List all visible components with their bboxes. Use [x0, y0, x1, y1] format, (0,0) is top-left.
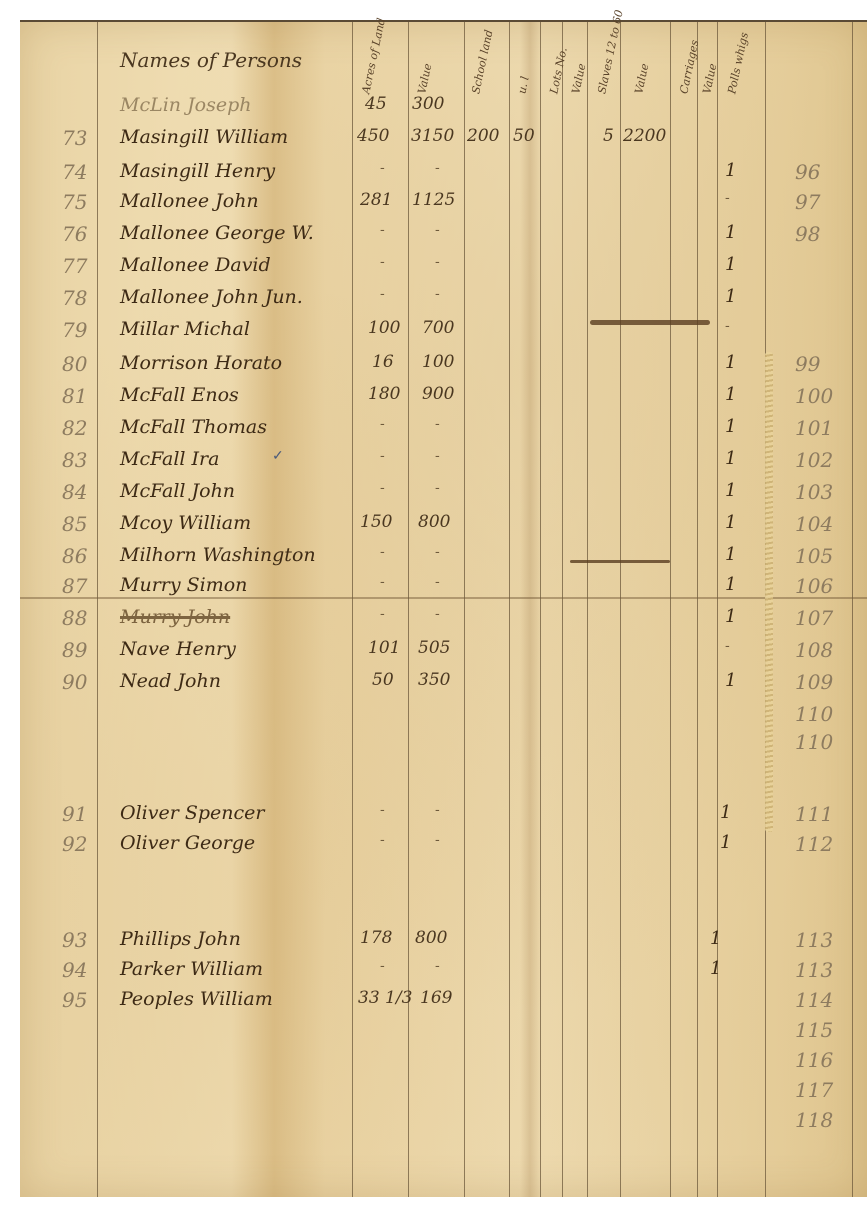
row-number: 94	[62, 958, 87, 982]
acres-cell: 50	[372, 670, 394, 690]
right-number: 115	[795, 1018, 833, 1042]
person-name: Phillips John	[120, 928, 241, 950]
ledger-row: 76 Mallonee George W. - - 1 98	[20, 222, 867, 252]
value-cell: 3150	[411, 126, 454, 146]
row-number: 77	[62, 254, 87, 278]
slaves-cell: 5	[603, 126, 614, 146]
right-number: 97	[795, 190, 820, 214]
binding-thread	[765, 352, 773, 832]
value-cell: -	[435, 416, 440, 432]
row-number: 89	[62, 638, 87, 662]
row-number: 92	[62, 832, 87, 856]
polls-cell: 1	[710, 958, 721, 979]
polls-cell: 1	[725, 512, 736, 533]
ledger-row: 79 Millar Michal 100 700 -	[20, 318, 867, 348]
value-cell: -	[435, 160, 440, 176]
value-cell: 169	[420, 988, 452, 1008]
ledger-row: 90 Nead John 50 350 1 109	[20, 670, 867, 700]
polls-cell: 1	[725, 384, 736, 405]
value-cell: -	[435, 802, 440, 818]
right-number: 102	[795, 448, 833, 472]
row-number: 82	[62, 416, 87, 440]
ink-smear	[570, 560, 670, 563]
right-number: 98	[795, 222, 820, 246]
acres-cell: -	[380, 160, 385, 176]
header-polls: Polls whigs	[725, 31, 751, 95]
person-name: McFall Thomas	[120, 416, 267, 438]
ledger-row: 75 Mallonee John 281 1125 - 97	[20, 190, 867, 220]
value-cell: 100	[422, 352, 454, 372]
right-number: 117	[795, 1078, 833, 1102]
right-number: 111	[795, 802, 833, 826]
acres-cell: 150	[360, 512, 392, 532]
ledger-page: Names of Persons Acres of Land Value Sch…	[20, 20, 867, 1197]
person-name: McLin Joseph	[120, 94, 252, 116]
polls-cell: 1	[725, 606, 736, 627]
value-cell: 350	[418, 670, 450, 690]
right-number: 112	[795, 832, 833, 856]
value-cell: 800	[418, 512, 450, 532]
row-number: 75	[62, 190, 87, 214]
polls-cell: -	[725, 190, 730, 206]
polls-cell: 1	[725, 286, 736, 307]
right-number: 109	[795, 670, 833, 694]
row-number: 90	[62, 670, 87, 694]
ledger-row: 116	[20, 1048, 867, 1078]
ledger-row: 74 Masingill Henry - - 1 96	[20, 160, 867, 190]
acres-cell: -	[380, 606, 385, 622]
right-number: 118	[795, 1108, 833, 1132]
polls-cell: 1	[725, 574, 736, 595]
ledger-row: 88 Murry John - - 1 107	[20, 606, 867, 636]
right-number: 116	[795, 1048, 833, 1072]
header-lots: Lots No.	[547, 46, 569, 95]
row-number: 85	[62, 512, 87, 536]
ledger-row: McLin Joseph 45 300	[20, 94, 867, 124]
row-number: 78	[62, 286, 87, 310]
polls-cell: 1	[725, 544, 736, 565]
acres-cell: -	[380, 574, 385, 590]
ledger-row: 73 Masingill William 450 3150 200 50 5 2…	[20, 126, 867, 156]
value-cell: 700	[422, 318, 454, 338]
person-name-struck: Murry John	[120, 606, 230, 628]
row-number: 76	[62, 222, 87, 246]
row-number: 86	[62, 544, 87, 568]
ledger-row: 91 Oliver Spencer - - 1 111	[20, 802, 867, 832]
ledger-row: 95 Peoples William 33 1/3 169 114	[20, 988, 867, 1018]
acres-cell: -	[380, 286, 385, 302]
ledger-row: 89 Nave Henry 101 505 - 108	[20, 638, 867, 668]
value-cell: -	[435, 286, 440, 302]
polls-cell: 1	[725, 352, 736, 373]
ledger-row: 118	[20, 1108, 867, 1138]
right-number: 108	[795, 638, 833, 662]
person-name: Oliver George	[120, 832, 255, 854]
row-number: 87	[62, 574, 87, 598]
right-number: 105	[795, 544, 833, 568]
checkmark-icon: ✓	[272, 448, 284, 464]
ledger-row: 93 Phillips John 178 800 1 113	[20, 928, 867, 958]
right-number: 110	[795, 730, 833, 754]
right-number: 110	[795, 702, 833, 726]
polls-cell: 1	[725, 254, 736, 275]
ledger-row: 94 Parker William - - 1 113	[20, 958, 867, 988]
header-slaves: Slaves 12 to 60	[595, 9, 625, 95]
acres-cell: -	[380, 416, 385, 432]
right-number: 113	[795, 958, 833, 982]
value-cell: 900	[422, 384, 454, 404]
acres-cell: 281	[360, 190, 392, 210]
acres-cell: -	[380, 544, 385, 560]
acres-cell: 101	[368, 638, 400, 658]
person-name: Masingill Henry	[120, 160, 275, 182]
value-cell: -	[435, 832, 440, 848]
acres-cell: 16	[372, 352, 394, 372]
acres-cell: -	[380, 480, 385, 496]
row-number: 79	[62, 318, 87, 342]
right-number: 107	[795, 606, 833, 630]
row-number: 91	[62, 802, 87, 826]
right-number: 104	[795, 512, 833, 536]
person-name: Peoples William	[120, 988, 273, 1010]
acres-cell: -	[380, 832, 385, 848]
value-cell: -	[435, 958, 440, 974]
right-number: 106	[795, 574, 833, 598]
person-name: Milhorn Washington	[120, 544, 316, 566]
acres-cell: 180	[368, 384, 400, 404]
header-value: Value	[415, 62, 434, 95]
acres-cell: -	[380, 802, 385, 818]
slave-value-cell: 2200	[623, 126, 666, 146]
person-name: Masingill William	[120, 126, 288, 148]
acres-cell: 178	[360, 928, 392, 948]
acres-cell: 450	[357, 126, 389, 146]
value-cell: -	[435, 480, 440, 496]
person-name: Mallonee George W.	[120, 222, 314, 244]
acres-cell: 45	[365, 94, 387, 114]
right-number: 114	[795, 988, 833, 1012]
ledger-row: 83 McFall Ira ✓ - - 1 102	[20, 448, 867, 478]
person-name: Mallonee John	[120, 190, 259, 212]
polls-cell: -	[725, 318, 730, 334]
right-number: 103	[795, 480, 833, 504]
polls-cell: 1	[725, 416, 736, 437]
row-number: 74	[62, 160, 87, 184]
person-name: Parker William	[120, 958, 263, 980]
ledger-row: 110	[20, 702, 867, 732]
right-number: 100	[795, 384, 833, 408]
polls-cell: 1	[710, 928, 721, 949]
value-cell: 1125	[412, 190, 455, 210]
header-acres: Acres of Land	[359, 17, 388, 95]
value-cell: -	[435, 448, 440, 464]
person-name: Morrison Horato	[120, 352, 282, 374]
ledger-row: 115	[20, 1018, 867, 1048]
person-name: Mallonee David	[120, 254, 271, 276]
polls-cell: 1	[725, 670, 736, 691]
value-cell: -	[435, 222, 440, 238]
ledger-row: 77 Mallonee David - - 1	[20, 254, 867, 284]
ledger-row: 92 Oliver George - - 1 112	[20, 832, 867, 862]
row-number: 81	[62, 384, 87, 408]
person-name: Nead John	[120, 670, 221, 692]
ledger-row: 85 Mcoy William 150 800 1 104	[20, 512, 867, 542]
row-number: 73	[62, 126, 87, 150]
right-number: 96	[795, 160, 820, 184]
value-cell: 800	[415, 928, 447, 948]
acres-cell: -	[380, 254, 385, 270]
polls-cell: 1	[725, 448, 736, 469]
person-name: Nave Henry	[120, 638, 236, 660]
school-cell: 200	[467, 126, 499, 146]
person-name: Mcoy William	[120, 512, 251, 534]
acres-cell: -	[380, 958, 385, 974]
ul-cell: 50	[513, 126, 535, 146]
row-number: 95	[62, 988, 87, 1012]
value-cell: -	[435, 574, 440, 590]
header-school-land: School land	[469, 28, 495, 95]
ledger-row: 81 McFall Enos 180 900 1 100	[20, 384, 867, 414]
row-number: 84	[62, 480, 87, 504]
value-cell: -	[435, 254, 440, 270]
ledger-row: 87 Murry Simon - - 1 106	[20, 574, 867, 604]
person-name: Mallonee John Jun.	[120, 286, 303, 308]
polls-cell: 1	[720, 832, 731, 853]
header-lots-value: Value	[569, 62, 588, 95]
acres-cell: -	[380, 448, 385, 464]
acres-cell: 100	[368, 318, 400, 338]
value-cell: -	[435, 544, 440, 560]
right-number: 99	[795, 352, 820, 376]
polls-cell: -	[725, 638, 730, 654]
ledger-row: 82 McFall Thomas - - 1 101	[20, 416, 867, 446]
polls-cell: 1	[725, 222, 736, 243]
row-number: 83	[62, 448, 87, 472]
header-slaves-value: Value	[632, 62, 651, 95]
person-name: Oliver Spencer	[120, 802, 264, 824]
ledger-row: 86 Milhorn Washington - - 1 105	[20, 544, 867, 574]
acres-cell: -	[380, 222, 385, 238]
value-cell: 505	[418, 638, 450, 658]
ledger-row: 84 McFall John - - 1 103	[20, 480, 867, 510]
value-cell: 300	[412, 94, 444, 114]
person-name: Murry Simon	[120, 574, 247, 596]
polls-cell: 1	[725, 160, 736, 181]
ledger-row: 78 Mallonee John Jun. - - 1	[20, 286, 867, 316]
person-name: Millar Michal	[120, 318, 250, 340]
row-number: 88	[62, 606, 87, 630]
person-name: McFall Enos	[120, 384, 239, 406]
ledger-row: 80 Morrison Horato 16 100 1 99	[20, 352, 867, 382]
row-number: 80	[62, 352, 87, 376]
ink-smear	[590, 320, 710, 325]
ledger-row: 110	[20, 730, 867, 760]
person-name: McFall John	[120, 480, 235, 502]
acres-cell: 33 1/3	[358, 988, 412, 1008]
names-header: Names of Persons	[120, 48, 302, 72]
right-number: 113	[795, 928, 833, 952]
polls-cell: 1	[720, 802, 731, 823]
ledger-row: 117	[20, 1078, 867, 1108]
right-number: 101	[795, 416, 833, 440]
person-name: McFall Ira	[120, 448, 219, 470]
row-number: 93	[62, 928, 87, 952]
polls-cell: 1	[725, 480, 736, 501]
value-cell: -	[435, 606, 440, 622]
